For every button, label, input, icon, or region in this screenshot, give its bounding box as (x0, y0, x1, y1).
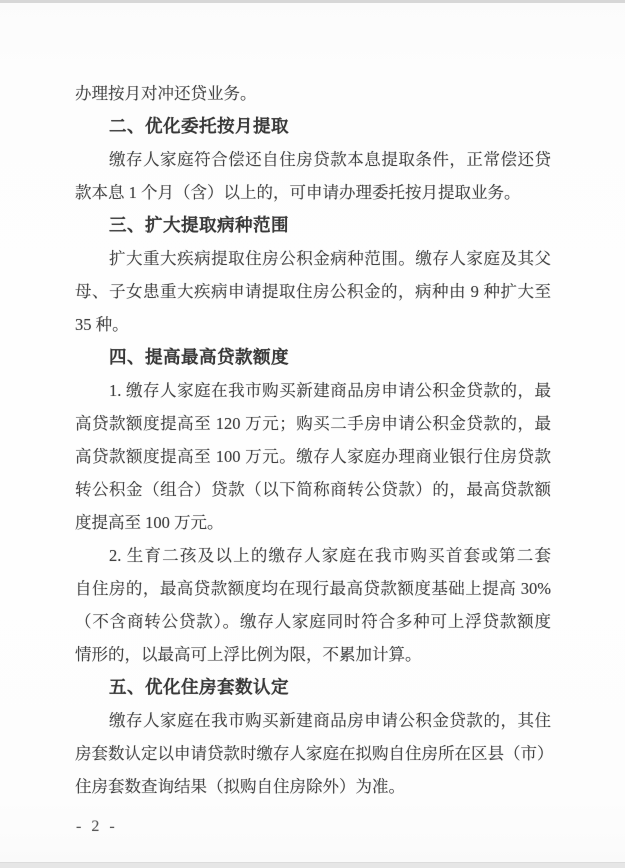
document-content: 办理按月对冲还贷业务。二、优化委托按月提取缴存人家庭符合偿还自住房贷款本息提取条… (75, 77, 551, 803)
section-heading: 二、优化委托按月提取 (75, 110, 551, 143)
text-line: 转公积金（组合）贷款（以下简称商转公贷款）的，最高贷款额 (75, 473, 551, 506)
text-line: 房套数认定以申请贷款时缴存人家庭在拟购自住房所在区县（市） (75, 737, 551, 770)
text-line: 自住房的，最高贷款额度均在现行最高贷款额度基础上提高 30% (75, 572, 551, 605)
text-line: 35 种。 (75, 308, 551, 341)
text-line: 情形的，以最高可上浮比例为限，不累加计算。 (75, 638, 551, 671)
text-line: 母、子女患重大疾病申请提取住房公积金的，病种由 9 种扩大至 (75, 275, 551, 308)
text-line: 扩大重大疾病提取住房公积金病种范围。缴存人家庭及其父 (75, 242, 551, 275)
text-line: 高贷款额度提高至 120 万元；购买二手房申请公积金贷款的，最 (75, 407, 551, 440)
text-line: 高贷款额度提高至 100 万元。缴存人家庭办理商业银行住房贷款 (75, 440, 551, 473)
page-number: - 2 - (76, 815, 118, 839)
page-bottom-edge (0, 862, 625, 868)
text-line: 2. 生育二孩及以上的缴存人家庭在我市购买首套或第二套 (75, 539, 551, 572)
page-top-edge (0, 0, 625, 3)
text-line: 办理按月对冲还贷业务。 (75, 77, 551, 110)
text-line: 度提高至 100 万元。 (75, 506, 551, 539)
text-line: 缴存人家庭在我市购买新建商品房申请公积金贷款的，其住 (75, 704, 551, 737)
section-heading: 三、扩大提取病种范围 (75, 209, 551, 242)
text-line: 款本息 1 个月（含）以上的，可申请办理委托按月提取业务。 (75, 176, 551, 209)
section-heading: 四、提高最高贷款额度 (75, 341, 551, 374)
text-line: （不含商转公贷款）。缴存人家庭同时符合多种可上浮贷款额度 (75, 605, 551, 638)
text-line: 1. 缴存人家庭在我市购买新建商品房申请公积金贷款的，最 (75, 374, 551, 407)
section-heading: 五、优化住房套数认定 (75, 671, 551, 704)
text-line: 住房套数查询结果（拟购自住房除外）为准。 (75, 770, 551, 803)
text-line: 缴存人家庭符合偿还自住房贷款本息提取条件，正常偿还贷 (75, 143, 551, 176)
scanned-document-page: 办理按月对冲还贷业务。二、优化委托按月提取缴存人家庭符合偿还自住房贷款本息提取条… (0, 0, 625, 868)
